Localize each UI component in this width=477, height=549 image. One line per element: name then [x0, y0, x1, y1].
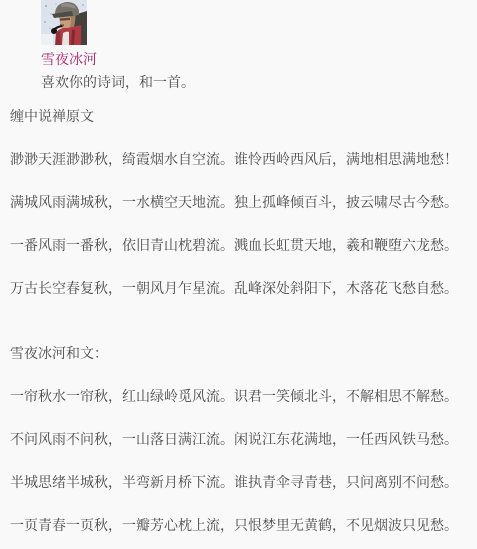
comment-page: 雪夜冰河 喜欢你的诗词，和一首。 缠中说禅原文 渺渺天涯渺渺秋，绮霞烟水自空流。…	[0, 0, 477, 549]
reply-heading: 雪夜冰河和文：	[10, 344, 477, 366]
original-heading: 缠中说禅原文	[10, 107, 477, 129]
reply-poem-line-1: 一帘秋水一帘秋，红山绿岭觅风流。识君一笑倾北斗，不解相思不解愁。	[10, 387, 477, 409]
reply-poem-line-3: 半城思绪半城秋，半弯新月桥下流。谁执青伞寻青巷，只问离别不问愁。	[10, 473, 477, 495]
avatar-portrait-icon	[41, 0, 87, 45]
comment-message: 喜欢你的诗词，和一首。	[41, 75, 477, 91]
original-poem-line-3: 一番风雨一番秋，依旧青山枕碧流。溅血长虹贯天地，羲和鞭堕六龙愁。	[10, 236, 477, 258]
original-poem-line-1: 渺渺天涯渺渺秋，绮霞烟水自空流。谁怜西岭西风后，满地相思满地愁！	[10, 150, 477, 172]
reply-poem-line-4: 一页青春一页秋，一瓣芳心枕上流，只恨梦里无黄鹤，不见烟波只见愁。	[10, 516, 477, 538]
username-link[interactable]: 雪夜冰河	[41, 52, 97, 68]
reply-poem-line-2: 不问风雨不问秋，一山落日满江流。闲说江东花满地，一任西风铁马愁。	[10, 430, 477, 452]
avatar[interactable]	[41, 0, 87, 45]
original-poem-line-2: 满城风雨满城秋，一水横空天地流。独上孤峰倾百斗，披云啸尽古今愁。	[10, 193, 477, 215]
comment-header: 雪夜冰河 喜欢你的诗词，和一首。	[0, 0, 477, 91]
poem-content: 缠中说禅原文 渺渺天涯渺渺秋，绮霞烟水自空流。谁怜西岭西风后，满地相思满地愁！ …	[0, 107, 477, 537]
original-poem-line-4: 万古长空春复秋，一朝风月乍星流。乱峰深处斜阳下，木落花飞愁自愁。	[10, 279, 477, 301]
